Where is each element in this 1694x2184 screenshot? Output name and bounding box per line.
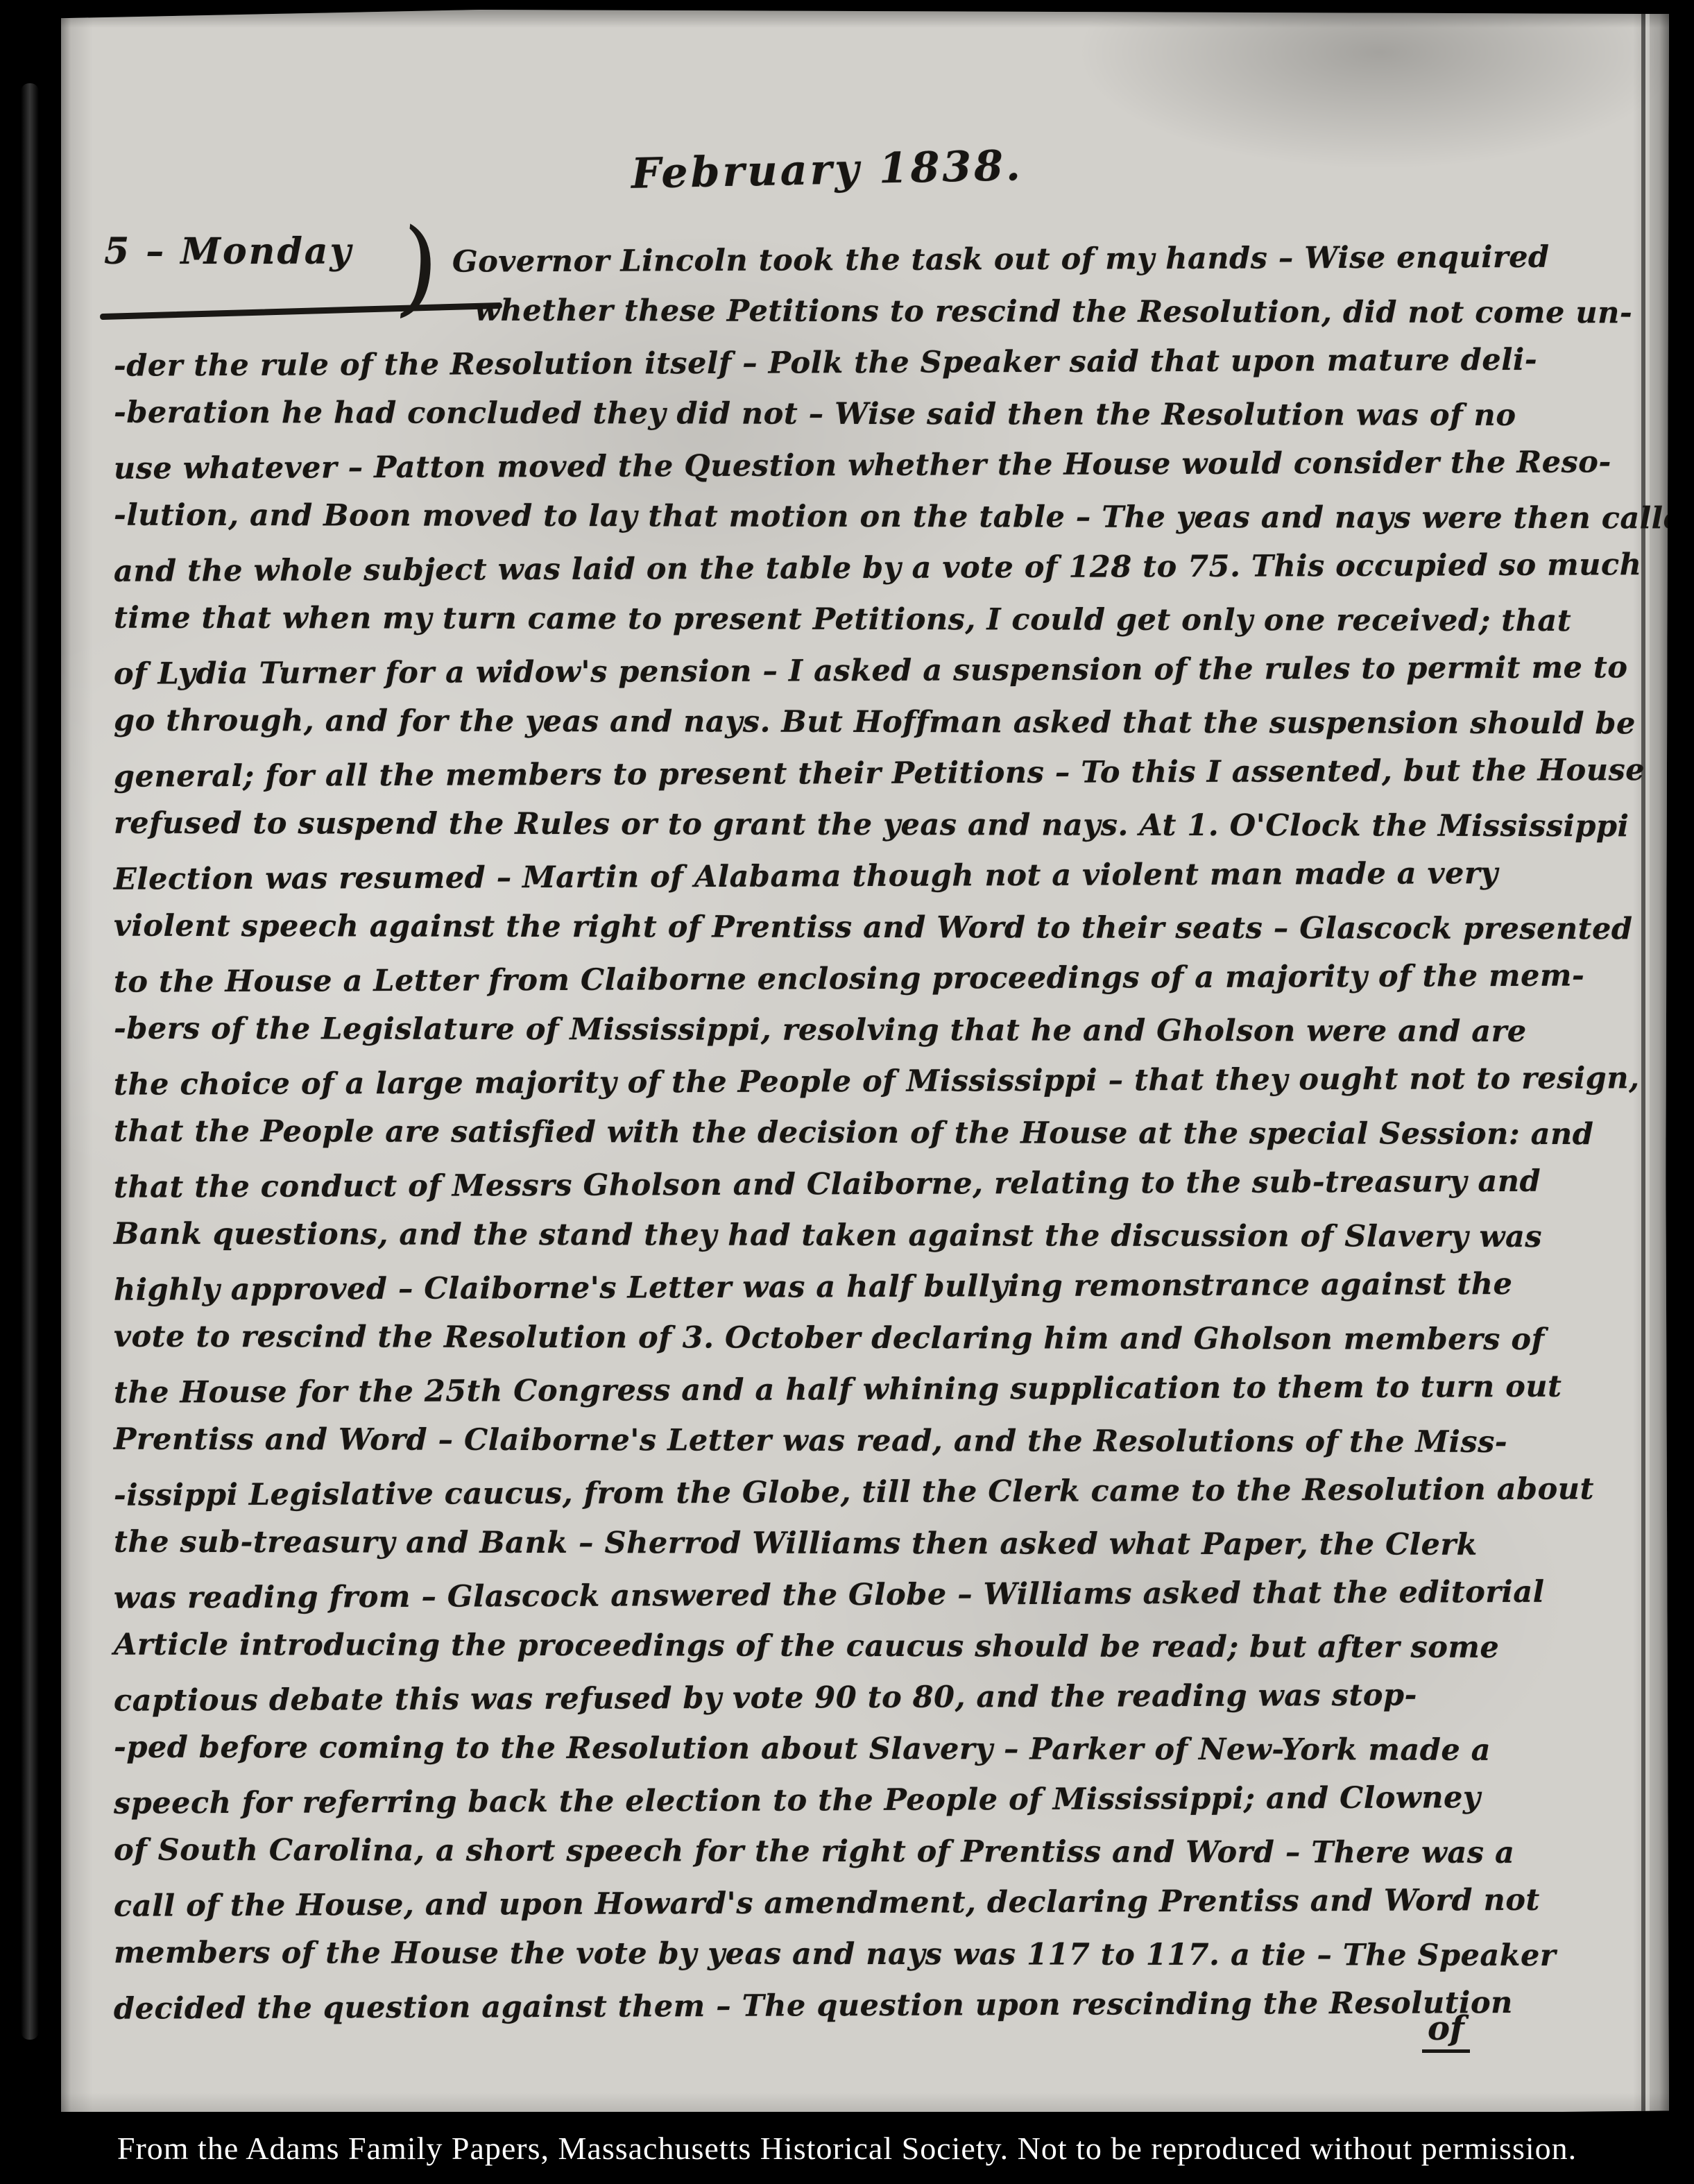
manuscript-line: the House for the 25th Congress and a ha… <box>114 1369 1626 1427</box>
manuscript-line: violent speech against the right of Pren… <box>114 909 1626 964</box>
page-gutter-line <box>1641 10 1645 2134</box>
manuscript-line: that the People are satisfied with the d… <box>114 1114 1626 1169</box>
manuscript-line: highly approved – Claiborne's Letter was… <box>114 1266 1626 1324</box>
manuscript-line: to the House a Letter from Claiborne enc… <box>114 958 1626 1016</box>
manuscript-line: Election was resumed – Martin of Alabama… <box>114 855 1626 914</box>
manuscript-line: use whatever – Patton moved the Question… <box>114 445 1626 503</box>
manuscript-line: speech for referring back the election t… <box>114 1780 1626 1838</box>
manuscript-line: vote to rescind the Resolution of 3. Oct… <box>114 1320 1626 1374</box>
manuscript-line: members of the House the vote by yeas an… <box>114 1936 1626 1990</box>
manuscript-line: and the whole subject was laid on the ta… <box>114 547 1626 606</box>
credit-text: From the Adams Family Papers, Massachuse… <box>117 2130 1577 2167</box>
manuscript-line: time that when my turn came to present P… <box>114 601 1626 656</box>
manuscript-line: Governor Lincoln took the task out of my… <box>114 239 1626 298</box>
manuscript-line: refused to suspend the Rules or to grant… <box>114 806 1626 861</box>
page-heading-date: February 1838. <box>631 142 1023 198</box>
manuscript-line: of Lydia Turner for a widow's pension – … <box>114 650 1626 708</box>
manuscript-line: Prentiss and Word – Claiborne's Letter w… <box>114 1422 1626 1477</box>
catchword: of <box>1422 2009 1470 2053</box>
manuscript-line: the choice of a large majority of the Pe… <box>114 1061 1626 1119</box>
scanned-manuscript-photo: February 1838. 5 – Monday ) Governor Lin… <box>0 0 1694 2184</box>
manuscript-line: -beration he had concluded they did not … <box>114 395 1626 450</box>
manuscript-line: -der the rule of the Resolution itself –… <box>114 342 1626 400</box>
manuscript-line: whether these Petitions to rescind the R… <box>114 293 1626 348</box>
manuscript-line: general; for all the members to present … <box>114 753 1626 811</box>
manuscript-line: the sub-treasury and Bank – Sherrod Will… <box>114 1525 1626 1580</box>
manuscript-line: -bers of the Legislature of Mississippi,… <box>114 1012 1626 1066</box>
manuscript-line: go through, and for the yeas and nays. B… <box>114 703 1626 758</box>
manuscript-page: February 1838. 5 – Monday ) Governor Lin… <box>61 10 1669 2134</box>
credit-bar: From the Adams Family Papers, Massachuse… <box>0 2112 1694 2184</box>
manuscript-line: decided the question against them – The … <box>114 1985 1626 2043</box>
manuscript-line: Bank questions, and the stand they had t… <box>114 1217 1626 1272</box>
manuscript-line: that the conduct of Messrs Gholson and C… <box>114 1163 1626 1222</box>
manuscript-line: captious debate this was refused by vote… <box>114 1677 1626 1735</box>
manuscript-line: of South Carolina, a short speech for th… <box>114 1833 1626 1888</box>
manuscript-body: Governor Lincoln took the task out of my… <box>114 243 1626 2040</box>
page-edge-shadow <box>21 83 39 2040</box>
manuscript-line: -lution, and Boon moved to lay that moti… <box>114 498 1626 553</box>
manuscript-line: was reading from – Glascock answered the… <box>114 1574 1626 1632</box>
manuscript-line: Article introducing the proceedings of t… <box>114 1628 1626 1682</box>
manuscript-line: call of the House, and upon Howard's ame… <box>114 1882 1626 1940</box>
manuscript-line: -issippi Legislative caucus, from the Gl… <box>114 1471 1626 1530</box>
manuscript-line: -ped before coming to the Resolution abo… <box>114 1730 1626 1785</box>
